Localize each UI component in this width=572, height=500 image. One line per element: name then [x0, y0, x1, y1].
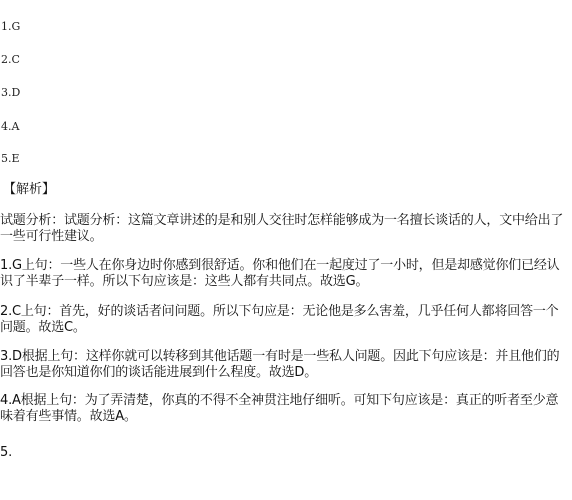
- analysis-item-4: 4.A根据上句：为了弄清楚，你真的不得不全神贯注地仔细听。可知下句应该是：真正的…: [0, 393, 568, 425]
- answer-line-1: 1.G: [1, 20, 20, 34]
- analysis-item-1: 1.G上句：一些人在你身边时你感到很舒适。你和他们在一起度过了一小时，但是却感觉…: [0, 258, 568, 290]
- analysis-heading: 【解析】: [3, 182, 55, 198]
- answer-line-4: 4.A: [1, 120, 19, 134]
- analysis-summary: 试题分析：试题分析：这篇文章讲述的是和别人交往时怎样能够成为一名擅长谈话的人，文…: [0, 213, 568, 245]
- analysis-item-5: 5.: [0, 445, 568, 461]
- analysis-item-3: 3.D根据上句：这样你就可以转移到其他话题一有时是一些私人问题。因此下句应该是：…: [0, 349, 568, 381]
- answer-line-2: 2.C: [1, 53, 20, 67]
- answer-line-3: 3.D: [1, 86, 20, 100]
- analysis-item-2: 2.C上句：首先，好的谈话者问问题。所以下句应是：无论他是多么害羞，几乎任何人都…: [0, 304, 568, 336]
- answer-line-5: 5.E: [1, 152, 20, 166]
